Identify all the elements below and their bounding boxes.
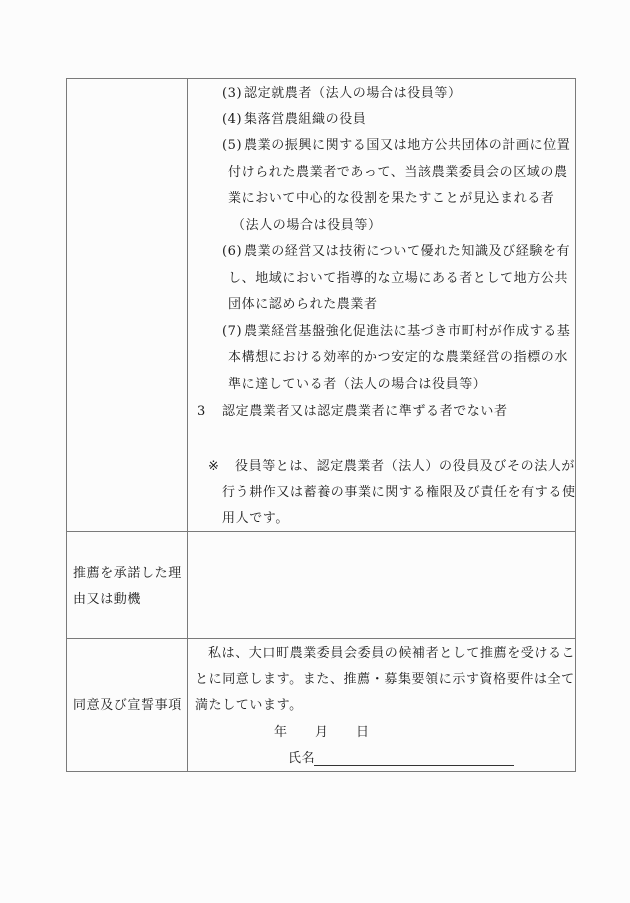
reason-label-line-1: 推薦を承諾した理 [73,566,182,582]
item-5-marker: (5) [222,138,242,154]
consent-row: 同意及び宣誓事項 私は、大口町農業委員会委員の候補者として推薦を受けるこ とに同… [67,639,576,772]
note-line-3: 用人です。 [222,511,289,527]
reason-value[interactable] [188,532,575,638]
item-6-line-3: 団体に認められた農業者 [228,297,378,313]
qualifications-label-cell [67,79,188,532]
item-3-marker: (3) [222,86,242,102]
note-line-2: 行う耕作又は蓄養の事業に関する権限及び責任を有する使 [222,485,576,501]
item-3-text: 認定就農者（法人の場合は役員等） [244,86,462,102]
item-6-line-1: 農業の経営又は技術について優れた知識及び経験を有 [244,244,570,260]
name-label: 氏名 [288,751,315,767]
reason-row: 推薦を承諾した理 由又は動機 [67,532,576,639]
consent-line-1: 私は、大口町農業委員会委員の候補者として推薦を受けるこ [208,646,575,662]
item-5-line-4: （法人の場合は役員等） [232,218,382,234]
item-6-line-2: し、地域において指導的な立場にある者として地方公共 [228,271,568,287]
item-6-marker: (6) [222,244,242,260]
item-7-marker: (7) [222,324,242,340]
consent-line-3: 満たしています。 [195,698,303,714]
item-5-line-2: 付けられた農業者であって、当該農業委員会の区域の農 [228,165,568,181]
item-5-line-1: 農業の振興に関する国又は地方公共団体の計画に位置 [244,138,570,154]
qualifications-row: (3) 認定就農者（法人の場合は役員等） (4) 集落営農組織の役員 (5) 農… [67,79,576,532]
date-year-label: 年 [274,725,288,741]
date-day-label: 日 [356,725,370,741]
section-3-marker: 3 [197,404,206,420]
consent-label: 同意及び宣誓事項 [73,698,182,714]
item-4-text: 集落営農組織の役員 [244,112,366,128]
date-month-label: 月 [315,725,329,741]
application-form-table: (3) 認定就農者（法人の場合は役員等） (4) 集落営農組織の役員 (5) 農… [66,78,576,772]
consent-content-cell: 私は、大口町農業委員会委員の候補者として推薦を受けるこ とに同意します。また、推… [188,639,576,772]
item-7-line-3: 準に達している者（法人の場合は役員等） [228,377,486,393]
reason-input-cell[interactable] [188,532,576,639]
qualifications-content-cell: (3) 認定就農者（法人の場合は役員等） (4) 集落営農組織の役員 (5) 農… [188,79,576,532]
section-3-text: 認定農業者又は認定農業者に準ずる者でない者 [222,404,508,420]
consent-line-2: とに同意します。また、推薦・募集要領に示す資格要件は全て [195,672,575,688]
item-7-line-1: 農業経営基盤強化促進法に基づき市町村が作成する基 [244,324,570,340]
item-5-line-3: 業において中心的な役割を果たすことが見込まれる者 [228,191,554,207]
note-marker: ※ [208,459,220,475]
reason-label-cell: 推薦を承諾した理 由又は動機 [67,532,188,639]
item-4-marker: (4) [222,112,242,128]
consent-label-cell: 同意及び宣誓事項 [67,639,188,772]
item-7-line-2: 本構想における効率的かつ安定的な農業経営の指標の水 [228,350,568,366]
document-page: (3) 認定就農者（法人の場合は役員等） (4) 集落営農組織の役員 (5) 農… [0,0,630,903]
signature-line[interactable] [314,765,514,766]
reason-label-line-2: 由又は動機 [73,592,141,608]
note-line-1: 役員等とは、認定農業者（法人）の役員及びその法人が [235,459,575,475]
